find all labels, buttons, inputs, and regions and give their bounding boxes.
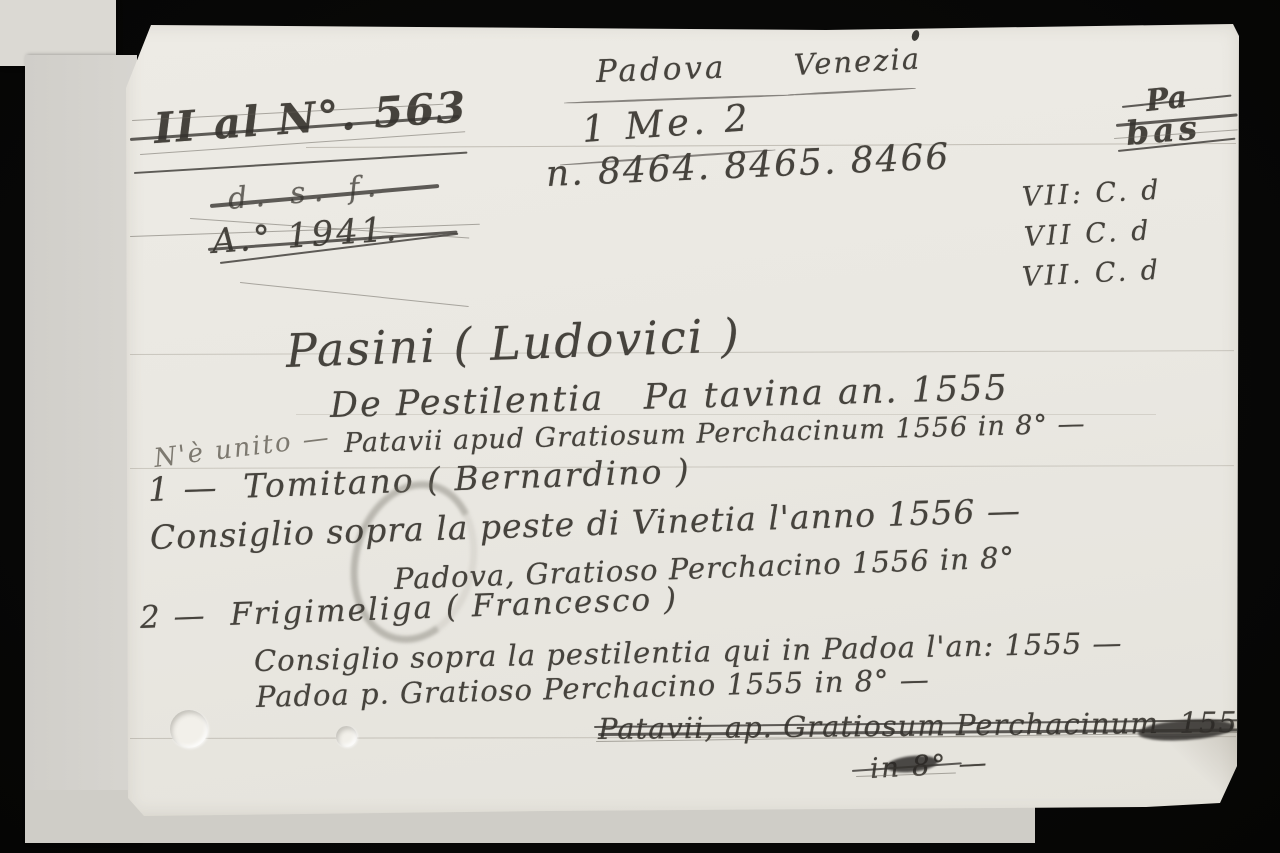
class-mark: VII: C. d bbox=[1021, 175, 1162, 213]
scan-background: Padova Venezia 1 Me. 2 n. 8464. 8465. 84… bbox=[0, 0, 1280, 853]
class-mark: VII C. d bbox=[1023, 215, 1152, 253]
class-mark: VII. C. d bbox=[1021, 255, 1162, 293]
crossed-ref-line: A.° 1941. bbox=[211, 209, 401, 262]
main-author: Pasini ( Ludovici ) bbox=[285, 308, 742, 378]
deleted-format-block: in 8° — bbox=[862, 752, 992, 788]
background-sheet-left bbox=[25, 55, 137, 843]
header-shelfmark: 1 Me. 2 bbox=[581, 96, 754, 151]
scribble-stroke bbox=[134, 152, 467, 174]
underline bbox=[788, 87, 916, 96]
crossed-word-block: Pa bas bbox=[1112, 84, 1242, 164]
scribble-stroke bbox=[240, 282, 469, 307]
header-city-right: Venezia bbox=[793, 41, 922, 82]
punch-hole bbox=[170, 710, 208, 748]
crossed-reference-block: II al N°. 563 d. s. f. A.° 1941. bbox=[150, 86, 480, 276]
header-city-left: Padova bbox=[595, 49, 727, 90]
manuscript-card: Padova Venezia 1 Me. 2 n. 8464. 8465. 84… bbox=[126, 24, 1240, 816]
ink-speck bbox=[910, 29, 920, 42]
punch-hole bbox=[336, 726, 357, 747]
